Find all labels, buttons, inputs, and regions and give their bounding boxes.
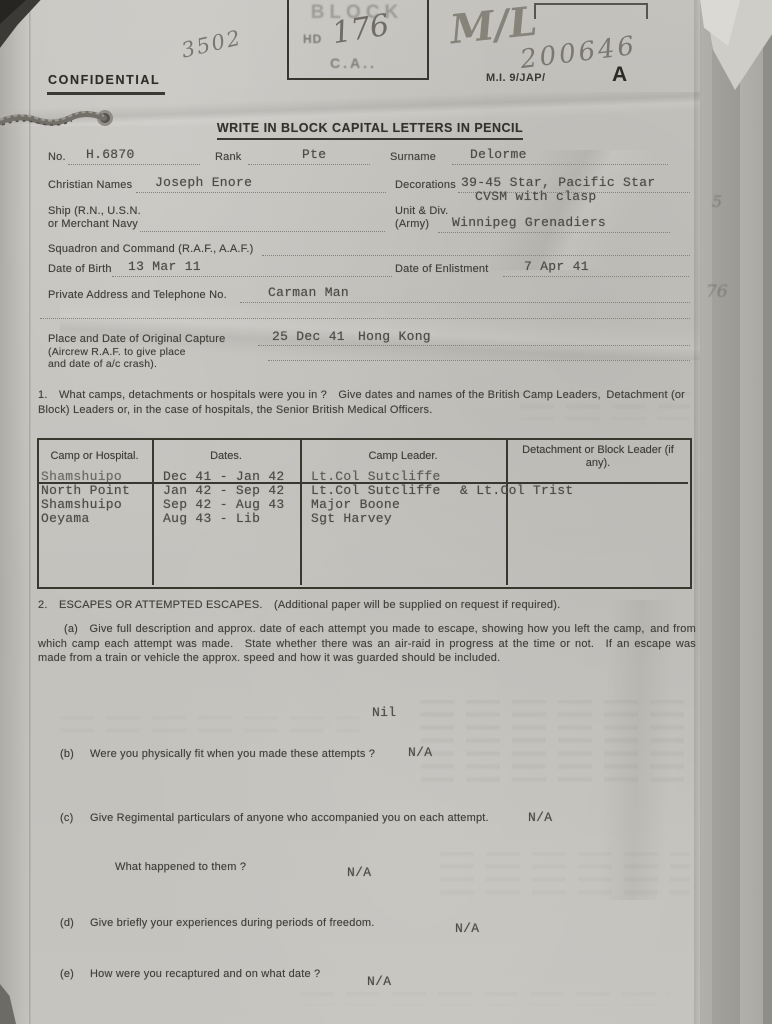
table-cell-leader: Sgt Harvey [311, 512, 392, 526]
form-title: WRITE IN BLOCK CAPITAL LETTERS IN PENCIL [160, 119, 580, 140]
question-2c-answer: N/A [528, 811, 552, 825]
dotted-line [268, 360, 690, 361]
dotted-line [68, 164, 200, 165]
question-2e-text: How were you recaptured and on what date… [90, 968, 320, 981]
squadron-label: Squadron and Command (R.A.F., A.A.F.) [48, 243, 254, 256]
decorations-value-line2: CVSM with clasp [475, 190, 597, 204]
bleed-through-text [520, 392, 690, 420]
block-stamp-hd: HD [303, 32, 322, 46]
enlistment-label: Date of Enlistment [395, 263, 488, 276]
form-page: CONFIDENTIAL 3502 BLOCK HD 176 C.A.. M.I… [0, 0, 700, 1024]
question-2e-answer: N/A [367, 975, 391, 989]
unit-div-label-line2: (Army) [395, 218, 429, 231]
table-header-detachment: Detachment or Block Leader (if any). [516, 444, 680, 470]
confidential-marking: CONFIDENTIAL [48, 74, 160, 87]
capture-label: Place and Date of Original Capture [48, 333, 225, 346]
dotted-line [258, 345, 690, 346]
bleed-through-text [440, 852, 690, 896]
edge-pencil-mark: 76 [706, 282, 728, 302]
table-header-dates: Dates. [152, 450, 300, 463]
rank-label: Rank [215, 151, 241, 164]
capture-place-value: Hong Kong [358, 330, 431, 344]
decorations-value: 39-45 Star, Pacific Star [461, 176, 655, 190]
question-2b-label: (b) [60, 748, 74, 761]
question-2c-text: Give Regimental particulars of anyone wh… [90, 812, 489, 825]
scanned-document: 5 76 CONFIDENTIAL 3502 BLOCK HD 176 C.A.… [0, 0, 772, 1024]
table-cell-leader: Lt.Col Sutcliffe [311, 470, 441, 484]
dotted-line [262, 255, 690, 256]
rank-value: Pte [302, 148, 326, 162]
table-header-camp: Camp or Hospital. [37, 450, 152, 463]
document-string-tie [0, 100, 140, 144]
unit-div-value: Winnipeg Grenadiers [452, 216, 606, 230]
dob-value: 13 Mar 11 [128, 260, 201, 274]
paper-crease [420, 150, 700, 270]
bleed-through-text [60, 716, 360, 734]
handwritten-serial: 3502 [179, 25, 244, 62]
form-title-text: WRITE IN BLOCK CAPITAL LETTERS IN PENCIL [217, 121, 523, 140]
table-cell-camp: Oeyama [41, 512, 90, 526]
dotted-line [140, 231, 385, 232]
ship-label-line1: Ship (R.N., U.S.N. [48, 205, 141, 218]
surname-value: Delorme [470, 148, 527, 162]
block-stamp-ca: C.A.. [330, 55, 377, 71]
table-cell-camp: North Point [41, 484, 130, 498]
christian-names-label: Christian Names [48, 179, 132, 192]
question-2c2-answer: N/A [347, 866, 371, 880]
capture-note-line2: and date of a/c crash). [48, 358, 157, 371]
table-cell-dates: Sep 42 - Aug 43 [163, 498, 285, 512]
ship-label-line2: or Merchant Navy [48, 218, 138, 231]
bleed-through-text [300, 992, 670, 1006]
question-2-heading: 2. ESCAPES OR ATTEMPTED ESCAPES. (Additi… [38, 598, 698, 613]
table-cell-dates: Jan 42 - Sep 42 [163, 484, 285, 498]
table-cell-leader: Major Boone [311, 498, 400, 512]
dotted-line [438, 232, 670, 233]
edge-pencil-mark: 5 [712, 192, 722, 211]
confidential-underline [47, 92, 165, 95]
address-label: Private Address and Telephone No. [48, 289, 227, 302]
capture-date-value: 25 Dec 41 [272, 330, 345, 344]
table-cell-dates: Dec 41 - Jan 42 [163, 470, 285, 484]
page-fold-line [29, 0, 32, 1024]
christian-names-value: Joseph Enore [155, 176, 252, 190]
section-letter: A [612, 63, 627, 87]
table-cell-leader: Lt.Col Sutcliffe [311, 484, 441, 498]
unit-div-label-line1: Unit & Div. [395, 205, 448, 218]
question-2d-label: (d) [60, 917, 74, 930]
bleed-through-text [420, 700, 696, 784]
mi9-reference: M.I. 9/JAP/ [486, 72, 545, 84]
question-2e-label: (e) [60, 968, 74, 981]
dotted-line [240, 302, 690, 303]
dotted-line [40, 318, 690, 319]
table-header-leader: Camp Leader. [300, 450, 506, 463]
address-value: Carman Man [268, 286, 349, 300]
question-2d-answer: N/A [455, 922, 479, 936]
question-2b-answer: N/A [408, 746, 432, 760]
table-cell-camp: Shamshuipo [41, 470, 122, 484]
question-2a-text: (a) Give full description and approx. da… [38, 622, 696, 666]
question-2a-answer: Nil [372, 706, 396, 720]
table-cell-camp: Shamshuipo [41, 498, 122, 512]
question-2c-label: (c) [60, 812, 73, 825]
page-edge-strip [740, 0, 763, 1024]
page-torn-edge [694, 0, 702, 1024]
decorations-label: Decorations [395, 179, 456, 192]
dotted-line [112, 276, 392, 277]
page-edge-strip [712, 0, 740, 1024]
page-left-shade [0, 0, 30, 1024]
dotted-line [248, 164, 370, 165]
dotted-line [503, 276, 689, 277]
table-cell-dates: Aug 43 - Lib [163, 512, 260, 526]
dotted-line [136, 192, 386, 193]
question-2c2-text: What happened to them ? [115, 861, 246, 874]
dotted-line [452, 164, 668, 165]
no-label: No. [48, 151, 66, 164]
table-column-divider [506, 438, 508, 585]
surname-label: Surname [390, 151, 436, 164]
no-value: H.6870 [86, 148, 135, 162]
question-2d-text: Give briefly your experiences during per… [90, 917, 375, 930]
table-cell-detachment: & Lt.Col Trist [460, 484, 573, 498]
dob-label: Date of Birth [48, 263, 112, 276]
partial-stamp-outline [534, 3, 648, 19]
question-2b-text: Were you physically fit when you made th… [90, 748, 375, 761]
enlistment-value: 7 Apr 41 [524, 260, 589, 274]
page-edge-strip [763, 0, 772, 1024]
